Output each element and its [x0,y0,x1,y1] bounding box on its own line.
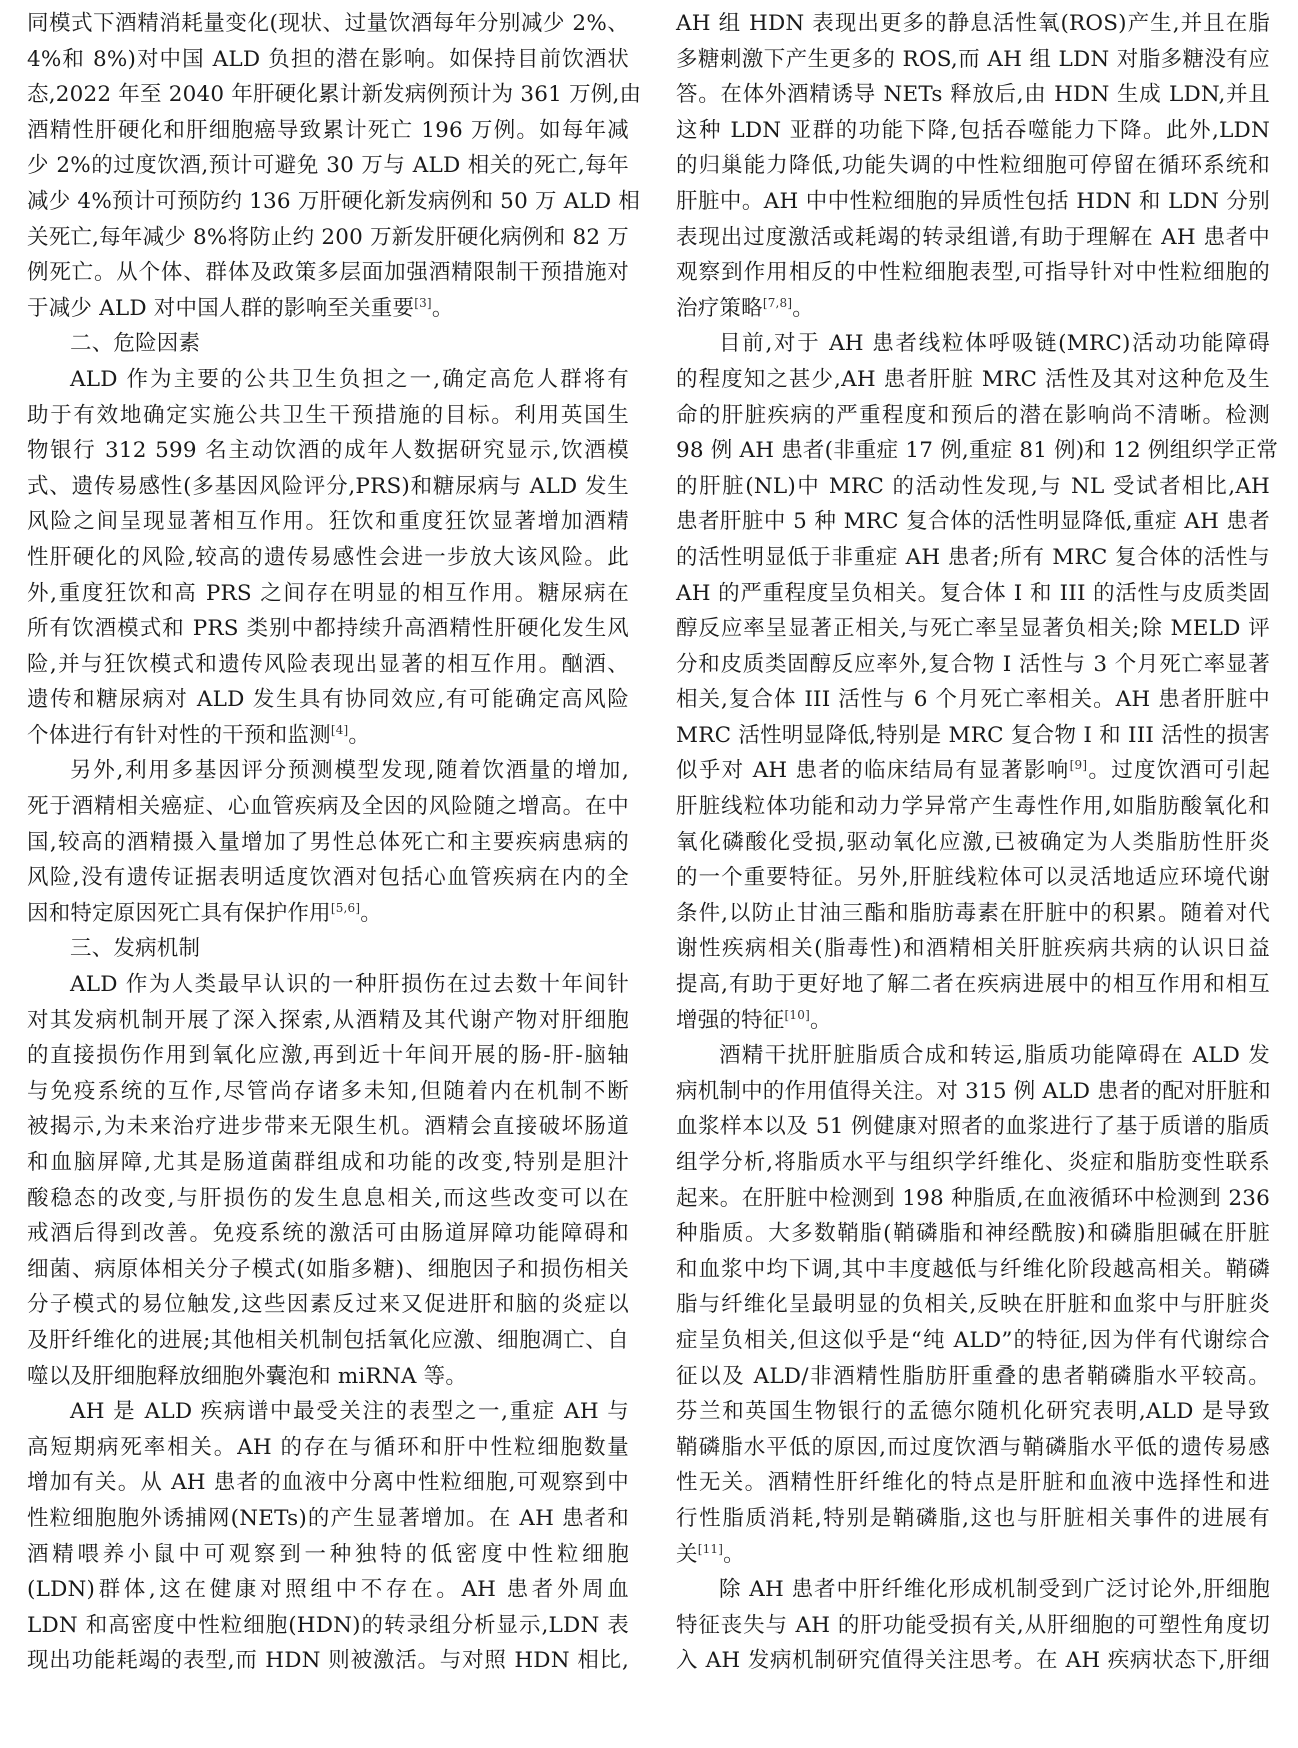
text-line: 治疗策略[7,8]。 [676,291,1270,327]
text-line: 的一个重要特征。另外,肝脏线粒体可以灵活地适应环境代谢 [676,860,1270,896]
text-line: 提高,有助于更好地了解二者在疾病进展中的相互作用和相互 [676,967,1270,1003]
line-text: 关 [676,1542,698,1567]
text-line: (LDN)群体,这在健康对照组中不存在。AH 患者外周血 [27,1572,629,1608]
line-text: 起来。在肝脏中检测到 198 种脂质,在血液循环中检测到 236 [676,1186,1270,1211]
citation-reference: [5,6] [331,901,360,915]
text-line: 酒精干扰肝脏脂质合成和转运,脂质功能障碍在 ALD 发 [676,1038,1270,1074]
line-text: 和血浆中均下调,其中丰度越低与纤维化阶段越高相关。鞘磷 [676,1257,1270,1282]
line-text: 因和特定原因死亡具有保护作用 [27,901,331,926]
line-text: 入 AH 发病机制研究值得关注思考。在 AH 疾病状态下,肝细 [676,1648,1270,1673]
text-line: 的肝脏(NL)中 MRC 的活动性发现,与 NL 受试者相比,AH [676,469,1270,505]
text-line: 症呈负相关,但这似乎是“纯 ALD”的特征,因为伴有代谢综合 [676,1323,1270,1359]
line-text: 征以及 ALD/非酒精性脂肪肝重叠的患者鞘磷脂水平较高。 [676,1364,1270,1389]
text-line: ALD 作为主要的公共卫生负担之一,确定高危人群将有 [27,362,629,398]
line-text: 与免疫系统的互作,尽管尚存诸多未知,但随着内在机制不断 [27,1079,629,1104]
text-line: 风险之间呈现显著相互作用。狂饮和重度狂饮显著增加酒精 [27,504,629,540]
text-line: 增强的特征[10]。 [676,1003,1270,1039]
text-line: 例死亡。从个体、群体及政策多层面加强酒精限制干预措施对 [27,255,629,291]
text-line: 关[11]。 [676,1537,1270,1573]
line-text: 这种 LDN 亚群的功能下降,包括吞噬能力下降。此外,LDN [676,118,1270,143]
line-text: 增加有关。从 AH 患者的血液中分离中性粒细胞,可观察到中 [27,1470,629,1495]
text-line: 似乎对 AH 患者的临床结局有显著影响[9]。过度饮酒可引起 [676,753,1270,789]
text-line: 个体进行有针对性的干预和监测[4]。 [27,718,629,754]
text-line: AH 的严重程度呈负相关。复合体 I 和 III 的活性与皮质类固 [676,576,1270,612]
text-line: 酸稳态的改变,与肝损伤的发生息息相关,而这些改变可以在 [27,1181,629,1217]
text-line: 多糖刺激下产生更多的 ROS,而 AH 组 LDN 对脂多糖没有应 [676,42,1270,78]
line-text: 例死亡。从个体、群体及政策多层面加强酒精限制干预措施对 [27,260,629,285]
line-text: 除 AH 患者中肝纤维化形成机制受到广泛讨论外,肝细胞 [719,1577,1270,1602]
text-line: 噬以及肝细胞释放细胞外囊泡和 miRNA 等。 [27,1359,629,1395]
text-line: 被揭示,为未来治疗进步带来无限生机。酒精会直接破坏肠道 [27,1109,629,1145]
line-text: 的肝脏(NL)中 MRC 的活动性发现,与 NL 受试者相比,AH [676,474,1270,499]
line-text: 分和皮质类固醇反应率外,复合物 I 活性与 3 个月死亡率显著 [676,652,1270,677]
line-text: 和血脑屏障,尤其是肠道菌群组成和功能的改变,特别是胆汁 [27,1150,629,1175]
line-text: 高短期病死率相关。AH 的存在与循环和肝中性粒细胞数量 [27,1435,629,1460]
line-tail-text: 。 [432,296,454,321]
line-text: 戒酒后得到改善。免疫系统的激活可由肠道屏障功能障碍和 [27,1221,629,1246]
text-line: 酒精性肝硬化和肝细胞癌导致累计死亡 196 万例。如每年减 [27,113,629,149]
text-line: 组学分析,将脂质水平与组织学纤维化、炎症和脂肪变性联系 [676,1145,1270,1181]
text-line: 现出功能耗竭的表型,而 HDN 则被激活。与对照 HDN 相比, [27,1643,629,1679]
line-text: 脂与纤维化呈最明显的负相关,反映在肝脏和血浆中与肝脏炎 [676,1292,1270,1317]
line-text: 噬以及肝细胞释放细胞外囊泡和 miRNA 等。 [27,1364,467,1389]
line-text: 命的肝脏疾病的严重程度和预后的潜在影响尚不清晰。检测 [676,403,1270,428]
line-text: 分子模式的易位触发,这些因素反过来又促进肝和脑的炎症以 [27,1292,629,1317]
text-line: 行性脂质消耗,特别是鞘磷脂,这也与肝脏相关事件的进展有 [676,1501,1270,1537]
line-text: 增强的特征 [676,1008,785,1033]
text-line: 风险,没有遗传证据表明适度饮酒对包括心血管疾病在内的全 [27,860,629,896]
line-text: 个体进行有针对性的干预和监测 [27,723,331,748]
text-line: 答。在体外酒精诱导 NETs 释放后,由 HDN 生成 LDN,并且 [676,77,1270,113]
line-tail-text: 。 [810,1008,832,1033]
citation-reference: [3] [414,296,432,310]
line-text: 鞘磷脂水平低的原因,而过度饮酒与鞘磷脂水平低的遗传易感 [676,1435,1270,1460]
text-line: 细菌、病原体相关分子模式(如脂多糖)、细胞因子和损伤相关 [27,1252,629,1288]
text-line: 脂与纤维化呈最明显的负相关,反映在肝脏和血浆中与肝脏炎 [676,1287,1270,1323]
text-line: 分子模式的易位触发,这些因素反过来又促进肝和脑的炎症以 [27,1287,629,1323]
text-line: 态,2022 年至 2040 年肝硬化累计新发病例预计为 361 万例,由 [27,77,629,113]
line-text: 关死亡,每年减少 8%将防止约 200 万新发肝硬化病例和 82 万 [27,225,629,250]
line-text: 险,并与狂饮模式和遗传风险表现出显著的相互作用。酗酒、 [27,652,629,677]
right-column: AH 组 HDN 表现出更多的静息活性氧(ROS)产生,并且在脂多糖刺激下产生更… [676,6,1270,1679]
line-text: 性无关。酒精性肝纤维化的特点是肝脏和血液中选择性和进 [676,1470,1270,1495]
line-text: 的活性明显低于非重症 AH 患者;所有 MRC 复合体的活性与 [676,545,1270,570]
citation-reference: [7,8] [763,296,792,310]
text-line: 和血浆中均下调,其中丰度越低与纤维化阶段越高相关。鞘磷 [676,1252,1270,1288]
line-text: 外,重度狂饮和高 PRS 之间存在明显的相互作用。糖尿病在 [27,581,629,606]
line-text: 性肝硬化的风险,较高的遗传易感性会进一步放大该风险。此 [27,545,629,570]
line-text: 特征丧失与 AH 的肝功能受损有关,从肝细胞的可塑性角度切 [676,1613,1270,1638]
text-line: 患者肝脏中 5 种 MRC 复合体的活性明显降低,重症 AH 患者 [676,504,1270,540]
text-line: 命的肝脏疾病的严重程度和预后的潜在影响尚不清晰。检测 [676,398,1270,434]
line-text: 现出功能耗竭的表型,而 HDN 则被激活。与对照 HDN 相比, [27,1648,629,1673]
line-text: 同模式下酒精消耗量变化(现状、过量饮酒每年分别减少 2%、 [27,11,629,36]
text-line: 肝脏线粒体功能和动力学异常产生毒性作用,如脂肪酸氧化和 [676,789,1270,825]
text-line: 遗传和糖尿病对 ALD 发生具有协同效应,有可能确定高风险 [27,682,629,718]
text-line: 于减少 ALD 对中国人群的影响至关重要[3]。 [27,291,629,327]
line-text: 患者肝脏中 5 种 MRC 复合体的活性明显降低,重症 AH 患者 [676,509,1270,534]
line-text: 被揭示,为未来治疗进步带来无限生机。酒精会直接破坏肠道 [27,1114,629,1139]
line-text: 的直接损伤作用到氧化应激,再到近十年间开展的肠-肝-脑轴 [27,1043,629,1068]
text-line: 除 AH 患者中肝纤维化形成机制受到广泛讨论外,肝细胞 [676,1572,1270,1608]
text-line: 种脂质。大多数鞘脂(鞘磷脂和神经酰胺)和磷脂胆碱在肝脏 [676,1216,1270,1252]
line-text: 治疗策略 [676,296,763,321]
text-line: 酒精喂养小鼠中可观察到一种独特的低密度中性粒细胞 [27,1537,629,1573]
line-text: 病机制中的作用值得关注。对 315 例 ALD 患者的配对肝脏和 [676,1079,1271,1104]
line-text: 组学分析,将脂质水平与组织学纤维化、炎症和脂肪变性联系 [676,1150,1270,1175]
line-text: ALD 作为人类最早认识的一种肝损伤在过去数十年间针 [70,972,629,997]
text-line: 因和特定原因死亡具有保护作用[5,6]。 [27,896,629,932]
text-line: 观察到作用相反的中性粒细胞表型,可指导针对中性粒细胞的 [676,255,1270,291]
citation-reference: [4] [331,723,349,737]
line-text: 的程度知之甚少,AH 患者肝脏 MRC 活性及其对这种危及生 [676,367,1270,392]
line-text: 表现出过度激活或耗竭的转录组谱,有助于理解在 AH 患者中 [676,225,1270,250]
line-text: 态,2022 年至 2040 年肝硬化累计新发病例预计为 361 万例,由 [27,82,641,107]
line-text: 芬兰和英国生物银行的孟德尔随机化研究表明,ALD 是导致 [676,1399,1270,1424]
text-line: 高短期病死率相关。AH 的存在与循环和肝中性粒细胞数量 [27,1430,629,1466]
line-text: 少 2%的过度饮酒,预计可避免 30 万与 ALD 相关的死亡,每年 [27,153,629,178]
line-tail-text: 。 [360,901,382,926]
line-text: 的归巢能力降低,功能失调的中性粒细胞可停留在循环系统和 [676,153,1270,178]
text-line: 芬兰和英国生物银行的孟德尔随机化研究表明,ALD 是导致 [676,1394,1270,1430]
line-text: LDN 和高密度中性粒细胞(HDN)的转录组分析显示,LDN 表 [27,1613,629,1638]
line-text: 谢性疾病相关(脂毒性)和酒精相关肝脏疾病共病的认识日益 [676,936,1270,961]
left-column: 同模式下酒精消耗量变化(现状、过量饮酒每年分别减少 2%、4%和 8%)对中国 … [27,6,629,1679]
text-line: AH 是 ALD 疾病谱中最受关注的表型之一,重症 AH 与 [27,1394,629,1430]
line-text: 于减少 ALD 对中国人群的影响至关重要 [27,296,414,321]
text-line: 肝脏中。AH 中中性粒细胞的异质性包括 HDN 和 LDN 分别 [676,184,1270,220]
line-text: 酒精性肝硬化和肝细胞癌导致累计死亡 196 万例。如每年减 [27,118,629,143]
text-line: 鞘磷脂水平低的原因,而过度饮酒与鞘磷脂水平低的遗传易感 [676,1430,1270,1466]
text-line: 少 2%的过度饮酒,预计可避免 30 万与 ALD 相关的死亡,每年 [27,148,629,184]
line-text: 助于有效地确定实施公共卫生干预措施的目标。利用英国生 [27,403,629,428]
line-text: 观察到作用相反的中性粒细胞表型,可指导针对中性粒细胞的 [676,260,1270,285]
line-text: 肝脏线粒体功能和动力学异常产生毒性作用,如脂肪酸氧化和 [676,794,1270,819]
text-line: 条件,以防止甘油三酯和脂肪毒素在肝脏中的积累。随着对代 [676,896,1270,932]
line-text: 另外,利用多基因评分预测模型发现,随着饮酒量的增加, [70,758,629,783]
text-line: 式、遗传易感性(多基因风险评分,PRS)和糖尿病与 ALD 发生 [27,469,629,505]
text-line: 助于有效地确定实施公共卫生干预措施的目标。利用英国生 [27,398,629,434]
line-text: 死于酒精相关癌症、心血管疾病及全因的风险随之增高。在中 [27,794,629,819]
text-line: 醇反应率呈显著正相关,与死亡率呈显著负相关;除 MELD 评 [676,611,1270,647]
citation-reference: [10] [785,1008,810,1022]
citation-reference: [9] [1070,758,1088,772]
text-line: 的程度知之甚少,AH 患者肝脏 MRC 活性及其对这种危及生 [676,362,1270,398]
line-text: 细菌、病原体相关分子模式(如脂多糖)、细胞因子和损伤相关 [27,1257,629,1282]
text-line: 表现出过度激活或耗竭的转录组谱,有助于理解在 AH 患者中 [676,220,1270,256]
line-text: 98 例 AH 患者(非重症 17 例,重症 81 例)和 12 例组织学正常 [676,438,1278,463]
text-line: 及肝纤维化的进展;其他相关机制包括氧化应激、细胞凋亡、自 [27,1323,629,1359]
text-line: 起来。在肝脏中检测到 198 种脂质,在血液循环中检测到 236 [676,1181,1270,1217]
text-line: 病机制中的作用值得关注。对 315 例 ALD 患者的配对肝脏和 [676,1074,1270,1110]
line-text: 提高,有助于更好地了解二者在疾病进展中的相互作用和相互 [676,972,1270,997]
line-text: 行性脂质消耗,特别是鞘磷脂,这也与肝脏相关事件的进展有 [676,1506,1270,1531]
line-text: 及肝纤维化的进展;其他相关机制包括氧化应激、细胞凋亡、自 [27,1328,629,1353]
line-text: 风险,没有遗传证据表明适度饮酒对包括心血管疾病在内的全 [27,865,629,890]
text-line: 国,较高的酒精摄入量增加了男性总体死亡和主要疾病患病的 [27,825,629,861]
line-text: 多糖刺激下产生更多的 ROS,而 AH 组 LDN 对脂多糖没有应 [676,47,1270,72]
section-heading: 三、发病机制 [27,931,629,967]
line-tail-text: 。 [792,296,814,321]
text-line: 分和皮质类固醇反应率外,复合物 I 活性与 3 个月死亡率显著 [676,647,1270,683]
line-text: AH 是 ALD 疾病谱中最受关注的表型之一,重症 AH 与 [70,1399,629,1424]
line-text: 相关,复合体 III 活性与 6 个月死亡率相关。AH 患者肝脏中 [676,687,1270,712]
line-text: 症呈负相关,但这似乎是“纯 ALD”的特征,因为伴有代谢综合 [676,1328,1270,1353]
line-text: 酒精干扰肝脏脂质合成和转运,脂质功能障碍在 ALD 发 [719,1043,1270,1068]
text-line: 戒酒后得到改善。免疫系统的激活可由肠道屏障功能障碍和 [27,1216,629,1252]
line-text: AH 的严重程度呈负相关。复合体 I 和 III 的活性与皮质类固 [676,581,1270,606]
text-line: 氧化磷酸化受损,驱动氧化应激,已被确定为人类脂肪性肝炎 [676,825,1270,861]
line-tail-text: 。过度饮酒可引起 [1087,758,1270,783]
text-line: 对其发病机制开展了深入探索,从酒精及其代谢产物对肝细胞 [27,1003,629,1039]
line-text: AH 组 HDN 表现出更多的静息活性氧(ROS)产生,并且在脂 [676,11,1270,36]
line-text: 的一个重要特征。另外,肝脏线粒体可以灵活地适应环境代谢 [676,865,1270,890]
line-text: 三、发病机制 [70,936,200,961]
line-tail-text: 。 [348,723,370,748]
text-line: 血浆样本以及 51 例健康对照者的血浆进行了基于质谱的脂质 [676,1109,1270,1145]
text-line: AH 组 HDN 表现出更多的静息活性氧(ROS)产生,并且在脂 [676,6,1270,42]
text-line: 98 例 AH 患者(非重症 17 例,重症 81 例)和 12 例组织学正常 [676,433,1270,469]
text-line: 增加有关。从 AH 患者的血液中分离中性粒细胞,可观察到中 [27,1465,629,1501]
text-line: MRC 活性明显降低,特别是 MRC 复合物 I 和 III 活性的损害 [676,718,1270,754]
text-line: 的直接损伤作用到氧化应激,再到近十年间开展的肠-肝-脑轴 [27,1038,629,1074]
text-line: LDN 和高密度中性粒细胞(HDN)的转录组分析显示,LDN 表 [27,1608,629,1644]
text-line: 物银行 312 599 名主动饮酒的成年人数据研究显示,饮酒模 [27,433,629,469]
text-line: 这种 LDN 亚群的功能下降,包括吞噬能力下降。此外,LDN [676,113,1270,149]
text-line: 特征丧失与 AH 的肝功能受损有关,从肝细胞的可塑性角度切 [676,1608,1270,1644]
line-text: 种脂质。大多数鞘脂(鞘磷脂和神经酰胺)和磷脂胆碱在肝脏 [676,1221,1270,1246]
line-text: 氧化磷酸化受损,驱动氧化应激,已被确定为人类脂肪性肝炎 [676,830,1270,855]
line-text: 酒精喂养小鼠中可观察到一种独特的低密度中性粒细胞 [27,1542,629,1567]
text-line: 的活性明显低于非重症 AH 患者;所有 MRC 复合体的活性与 [676,540,1270,576]
text-line: 减少 4%预计可预防约 136 万肝硬化新发病例和 50 万 ALD 相 [27,184,629,220]
text-line: 关死亡,每年减少 8%将防止约 200 万新发肝硬化病例和 82 万 [27,220,629,256]
text-line: 谢性疾病相关(脂毒性)和酒精相关肝脏疾病共病的认识日益 [676,931,1270,967]
line-text: (LDN)群体,这在健康对照组中不存在。AH 患者外周血 [27,1577,629,1602]
section-heading: 二、危险因素 [27,326,629,362]
text-line: 性肝硬化的风险,较高的遗传易感性会进一步放大该风险。此 [27,540,629,576]
text-line: 相关,复合体 III 活性与 6 个月死亡率相关。AH 患者肝脏中 [676,682,1270,718]
text-line: 和血脑屏障,尤其是肠道菌群组成和功能的改变,特别是胆汁 [27,1145,629,1181]
text-line: 的归巢能力降低,功能失调的中性粒细胞可停留在循环系统和 [676,148,1270,184]
text-line: 4%和 8%)对中国 ALD 负担的潜在影响。如保持目前饮酒状 [27,42,629,78]
text-line: 与免疫系统的互作,尽管尚存诸多未知,但随着内在机制不断 [27,1074,629,1110]
line-text: 风险之间呈现显著相互作用。狂饮和重度狂饮显著增加酒精 [27,509,629,534]
line-text: 似乎对 AH 患者的临床结局有显著影响 [676,758,1070,783]
line-text: 国,较高的酒精摄入量增加了男性总体死亡和主要疾病患病的 [27,830,629,855]
text-line: 死于酒精相关癌症、心血管疾病及全因的风险随之增高。在中 [27,789,629,825]
text-line: 征以及 ALD/非酒精性脂肪肝重叠的患者鞘磷脂水平较高。 [676,1359,1270,1395]
line-text: 对其发病机制开展了深入探索,从酒精及其代谢产物对肝细胞 [27,1008,629,1033]
citation-reference: [11] [698,1542,723,1556]
text-line: 所有饮酒模式和 PRS 类别中都持续升高酒精性肝硬化发生风 [27,611,629,647]
text-line: 入 AH 发病机制研究值得关注思考。在 AH 疾病状态下,肝细 [676,1643,1270,1679]
text-line: 险,并与狂饮模式和遗传风险表现出显著的相互作用。酗酒、 [27,647,629,683]
line-text: 式、遗传易感性(多基因风险评分,PRS)和糖尿病与 ALD 发生 [27,474,629,499]
line-text: 醇反应率呈显著正相关,与死亡率呈显著负相关;除 MELD 评 [676,616,1270,641]
line-tail-text: 。 [723,1542,745,1567]
line-text: 目前,对于 AH 患者线粒体呼吸链(MRC)活动功能障碍 [719,331,1270,356]
line-text: 遗传和糖尿病对 ALD 发生具有协同效应,有可能确定高风险 [27,687,629,712]
text-line: 另外,利用多基因评分预测模型发现,随着饮酒量的增加, [27,753,629,789]
line-text: ALD 作为主要的公共卫生负担之一,确定高危人群将有 [70,367,629,392]
text-line: 性粒细胞胞外诱捕网(NETs)的产生显著增加。在 AH 患者和 [27,1501,629,1537]
text-line: 同模式下酒精消耗量变化(现状、过量饮酒每年分别减少 2%、 [27,6,629,42]
text-line: 目前,对于 AH 患者线粒体呼吸链(MRC)活动功能障碍 [676,326,1270,362]
line-text: 答。在体外酒精诱导 NETs 释放后,由 HDN 生成 LDN,并且 [676,82,1270,107]
text-line: 性无关。酒精性肝纤维化的特点是肝脏和血液中选择性和进 [676,1465,1270,1501]
line-text: 血浆样本以及 51 例健康对照者的血浆进行了基于质谱的脂质 [676,1114,1270,1139]
text-line: ALD 作为人类最早认识的一种肝损伤在过去数十年间针 [27,967,629,1003]
line-text: 条件,以防止甘油三酯和脂肪毒素在肝脏中的积累。随着对代 [676,901,1270,926]
line-text: 二、危险因素 [70,331,200,356]
line-text: 酸稳态的改变,与肝损伤的发生息息相关,而这些改变可以在 [27,1186,629,1211]
line-text: 肝脏中。AH 中中性粒细胞的异质性包括 HDN 和 LDN 分别 [676,189,1270,214]
line-text: 4%和 8%)对中国 ALD 负担的潜在影响。如保持目前饮酒状 [27,47,629,72]
line-text: MRC 活性明显降低,特别是 MRC 复合物 I 和 III 活性的损害 [676,723,1270,748]
line-text: 减少 4%预计可预防约 136 万肝硬化新发病例和 50 万 ALD 相 [27,189,640,214]
line-text: 物银行 312 599 名主动饮酒的成年人数据研究显示,饮酒模 [27,438,629,463]
line-text: 所有饮酒模式和 PRS 类别中都持续升高酒精性肝硬化发生风 [27,616,629,641]
text-line: 外,重度狂饮和高 PRS 之间存在明显的相互作用。糖尿病在 [27,576,629,612]
line-text: 性粒细胞胞外诱捕网(NETs)的产生显著增加。在 AH 患者和 [27,1506,629,1531]
